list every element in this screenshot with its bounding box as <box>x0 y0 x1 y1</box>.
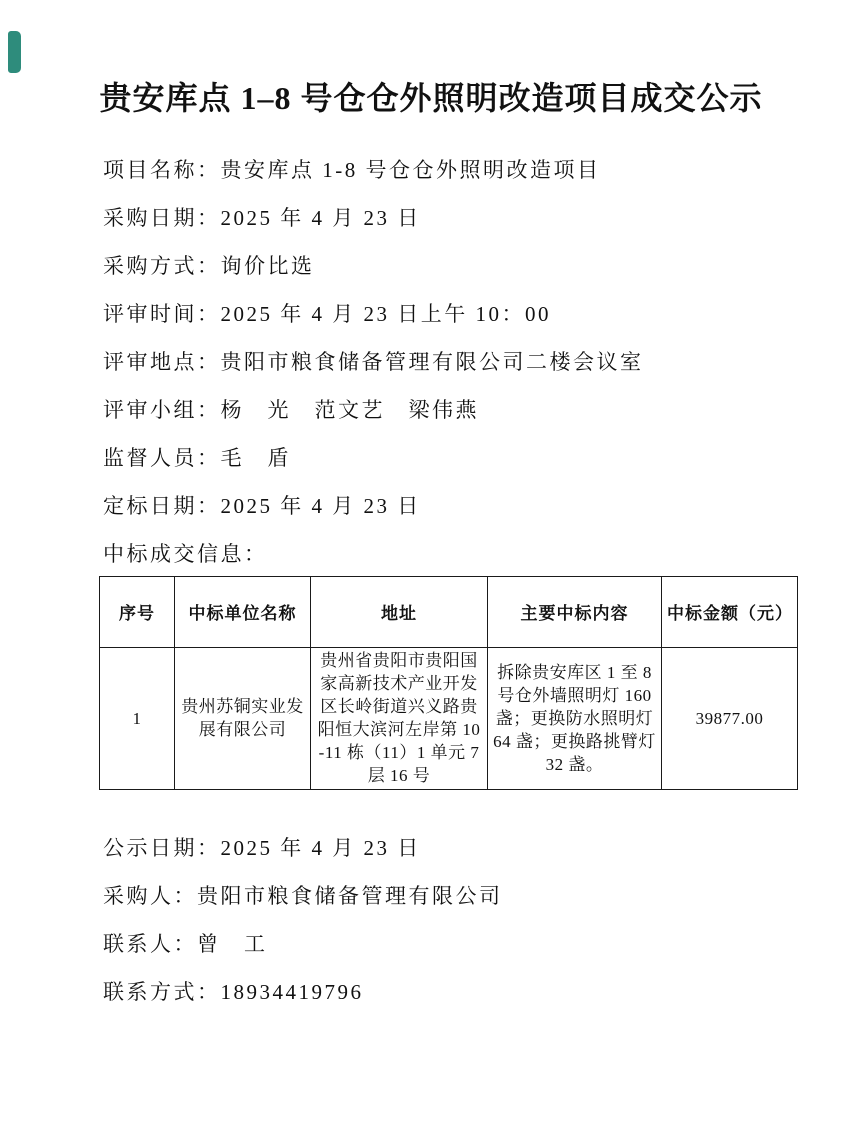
field-review-panel: 评审小组：杨 光 范文艺 梁伟燕 <box>103 396 800 424</box>
field-value: 杨 光 范文艺 梁伟燕 <box>221 398 480 422</box>
field-review-location: 评审地点：贵阳市粮食储备管理有限公司二楼会议室 <box>103 348 800 376</box>
header-amount: 中标金额（元） <box>662 576 798 647</box>
cell-address: 贵州省贵阳市贵阳国家高新技术产业开发区长岭街道兴义路贵阳恒大滨河左岸第 10-1… <box>311 647 488 789</box>
field-value: 毛 盾 <box>221 446 292 470</box>
field-project-name: 项目名称：贵安库点 1-8 号仓仓外照明改造项目 <box>103 156 800 184</box>
field-value: 询价比选 <box>221 254 315 278</box>
field-label: 定标日期： <box>103 494 221 518</box>
cell-amount: 39877.00 <box>662 647 798 789</box>
field-value: 贵安库点 1-8 号仓仓外照明改造项目 <box>221 158 601 182</box>
field-value: 2025 年 4 月 23 日 <box>221 206 421 230</box>
cell-company: 贵州苏铜实业发展有限公司 <box>175 647 311 789</box>
field-label: 评审地点： <box>103 350 221 374</box>
document-page: 贵安库点 1–8 号仓仓外照明改造项目成交公示 项目名称：贵安库点 1-8 号仓… <box>0 0 862 1006</box>
table-header-row: 序号 中标单位名称 地址 主要中标内容 中标金额（元） <box>100 576 798 647</box>
table-row: 1 贵州苏铜实业发展有限公司 贵州省贵阳市贵阳国家高新技术产业开发区长岭街道兴义… <box>100 647 798 789</box>
field-purchase-method: 采购方式：询价比选 <box>103 252 800 280</box>
field-award-date: 定标日期：2025 年 4 月 23 日 <box>103 492 800 520</box>
field-contact-phone: 联系方式：18934419796 <box>103 978 800 1006</box>
cell-no: 1 <box>100 647 175 789</box>
field-publicity-date: 公示日期：2025 年 4 月 23 日 <box>103 834 800 862</box>
field-value: 2025 年 4 月 23 日 <box>221 836 421 860</box>
corner-mark-icon <box>8 31 21 73</box>
award-table: 序号 中标单位名称 地址 主要中标内容 中标金额（元） 1 贵州苏铜实业发展有限… <box>99 576 798 790</box>
header-company: 中标单位名称 <box>175 576 311 647</box>
field-value: 2025 年 4 月 23 日上午 10：00 <box>221 302 552 326</box>
field-label: 公示日期： <box>103 836 221 860</box>
field-label: 评审小组： <box>103 398 221 422</box>
field-label: 联系方式： <box>103 980 221 1004</box>
header-content: 主要中标内容 <box>488 576 662 647</box>
field-value: 贵阳市粮食储备管理有限公司 <box>197 884 503 908</box>
field-purchaser: 采购人：贵阳市粮食储备管理有限公司 <box>103 882 800 910</box>
field-label: 联系人： <box>103 932 197 956</box>
field-purchase-date: 采购日期：2025 年 4 月 23 日 <box>103 204 800 232</box>
field-label: 采购方式： <box>103 254 221 278</box>
table-intro: 中标成交信息： <box>103 540 800 568</box>
field-supervisor: 监督人员：毛 盾 <box>103 444 800 472</box>
page-title: 贵安库点 1–8 号仓仓外照明改造项目成交公示 <box>0 0 862 120</box>
field-review-time: 评审时间：2025 年 4 月 23 日上午 10：00 <box>103 300 800 328</box>
field-value: 18934419796 <box>221 980 364 1004</box>
field-value: 2025 年 4 月 23 日 <box>221 494 421 518</box>
field-label: 采购人： <box>103 884 197 908</box>
cell-content: 拆除贵安库区 1 至 8 号仓外墙照明灯 160 盏；更换防水照明灯 64 盏；… <box>488 647 662 789</box>
field-label: 采购日期： <box>103 206 221 230</box>
header-no: 序号 <box>100 576 175 647</box>
field-label: 项目名称： <box>103 158 221 182</box>
field-label: 监督人员： <box>103 446 221 470</box>
header-address: 地址 <box>311 576 488 647</box>
field-value: 贵阳市粮食储备管理有限公司二楼会议室 <box>221 350 644 374</box>
footer-block: 公示日期：2025 年 4 月 23 日 采购人：贵阳市粮食储备管理有限公司 联… <box>103 834 800 1006</box>
field-label: 评审时间： <box>103 302 221 326</box>
field-contact-person: 联系人：曾 工 <box>103 930 800 958</box>
field-value: 曾 工 <box>197 932 268 956</box>
